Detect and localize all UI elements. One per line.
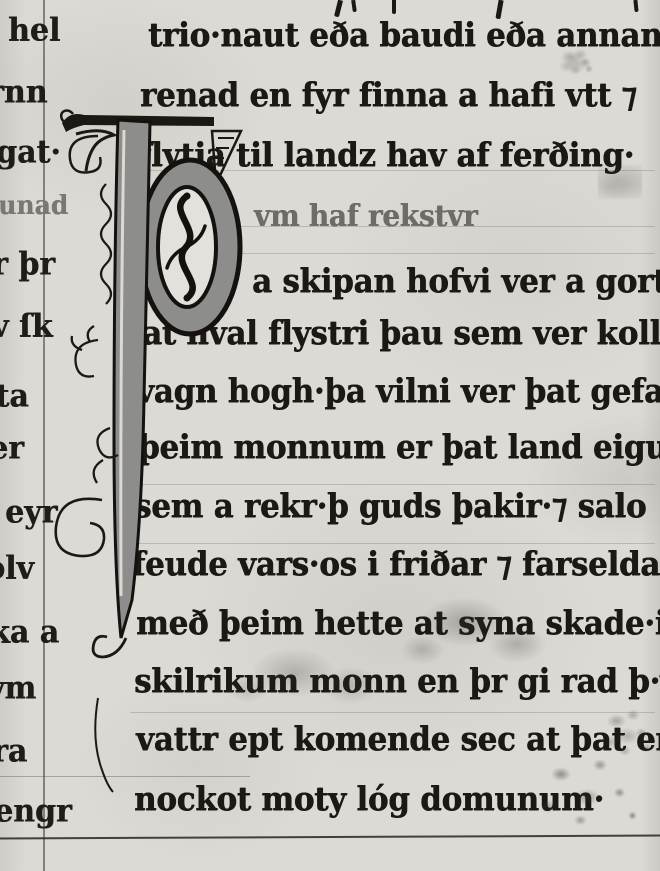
foot-curl — [93, 636, 126, 657]
text-line: trio·naut eða baudi eða annan. — [148, 16, 660, 55]
wavy-leaf-chain — [101, 184, 111, 304]
cut-letter-stroke — [633, 0, 638, 12]
margin-fragment: ita — [0, 378, 29, 415]
big-spiral-flourish — [56, 499, 104, 556]
decorated-initial-thorn: initial — [40, 98, 250, 808]
margin-fragment: ra — [0, 733, 27, 770]
cut-letter-stroke — [392, 0, 396, 14]
scroll-terminal — [184, 295, 191, 302]
text-line: a skipan hofvi ver a gort — [252, 262, 660, 301]
faint-ruling-line — [240, 253, 655, 254]
hatch-lines — [215, 138, 234, 158]
margin-fragment: vm — [0, 670, 36, 707]
chapter-rubric: vm haf rekstvr — [254, 198, 477, 233]
margin-fragment: olv — [0, 550, 34, 587]
cut-letter-stroke — [351, 0, 357, 12]
tail-flourish — [95, 698, 113, 792]
bottom-ruling-line — [0, 835, 660, 840]
margin-fragment: hel — [8, 12, 60, 49]
manuscript-page: hel rnn gat· uunad r þr v ſk ita er eyr … — [0, 0, 660, 871]
scroll-terminal — [184, 193, 191, 200]
half-flower-flourish — [72, 326, 98, 377]
cut-letter-stroke — [334, 0, 343, 17]
margin-fragment: er — [0, 430, 24, 467]
